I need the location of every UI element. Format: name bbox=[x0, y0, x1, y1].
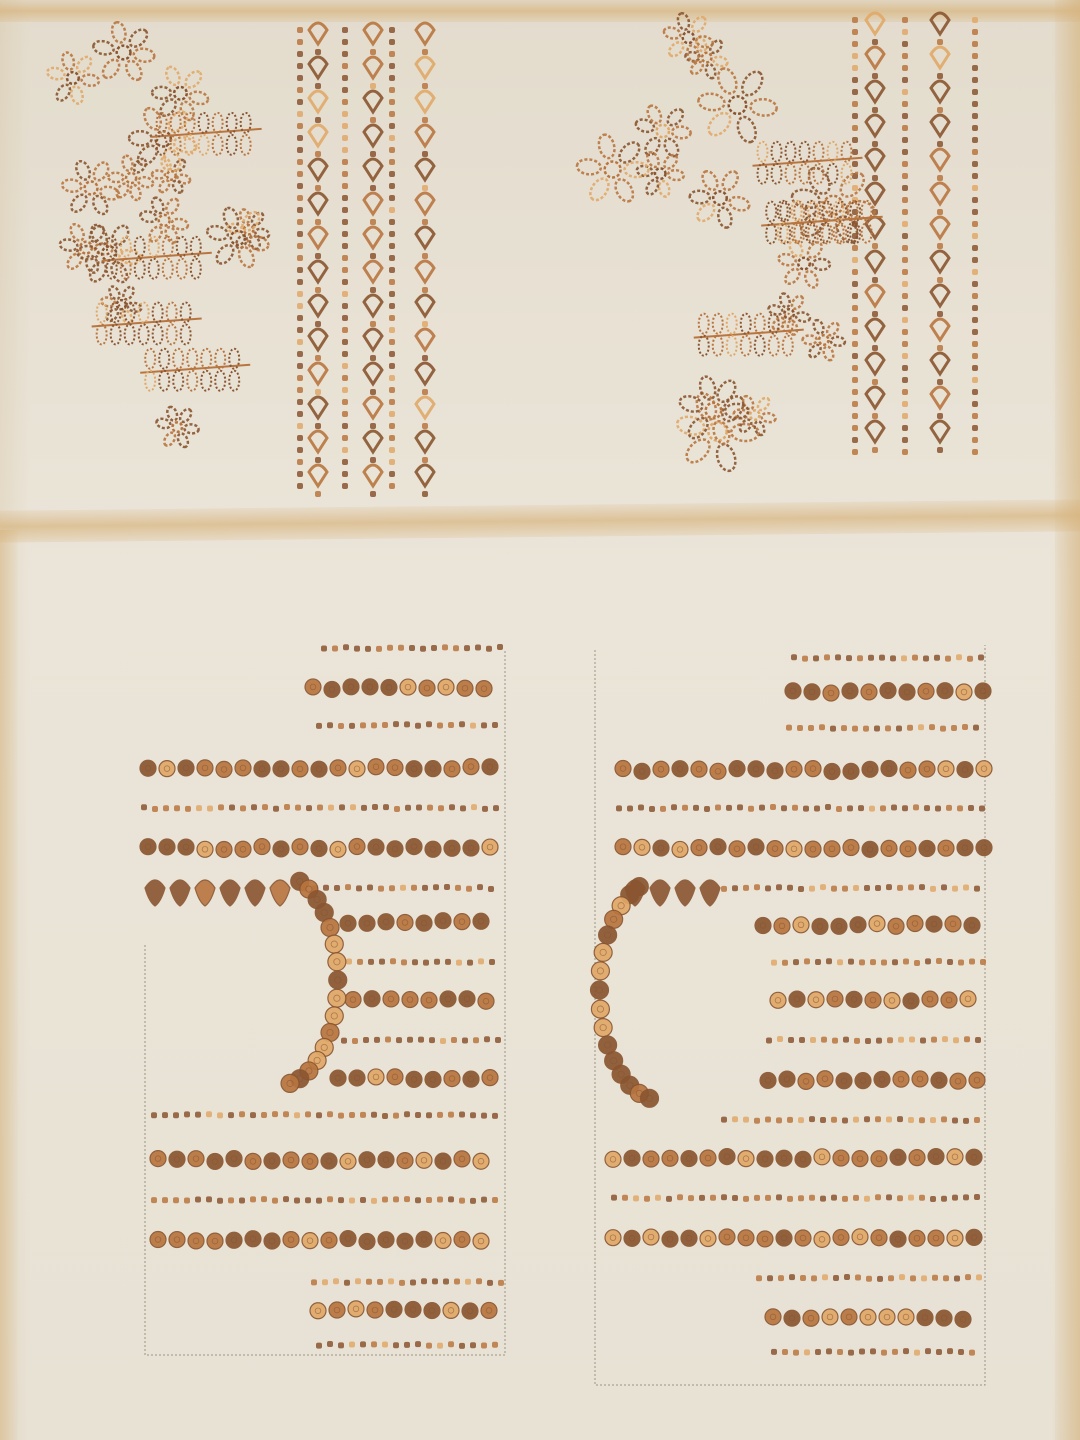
right-blouse-panel-outline bbox=[595, 645, 985, 1385]
sequin-embroidery bbox=[0, 0, 1080, 1440]
